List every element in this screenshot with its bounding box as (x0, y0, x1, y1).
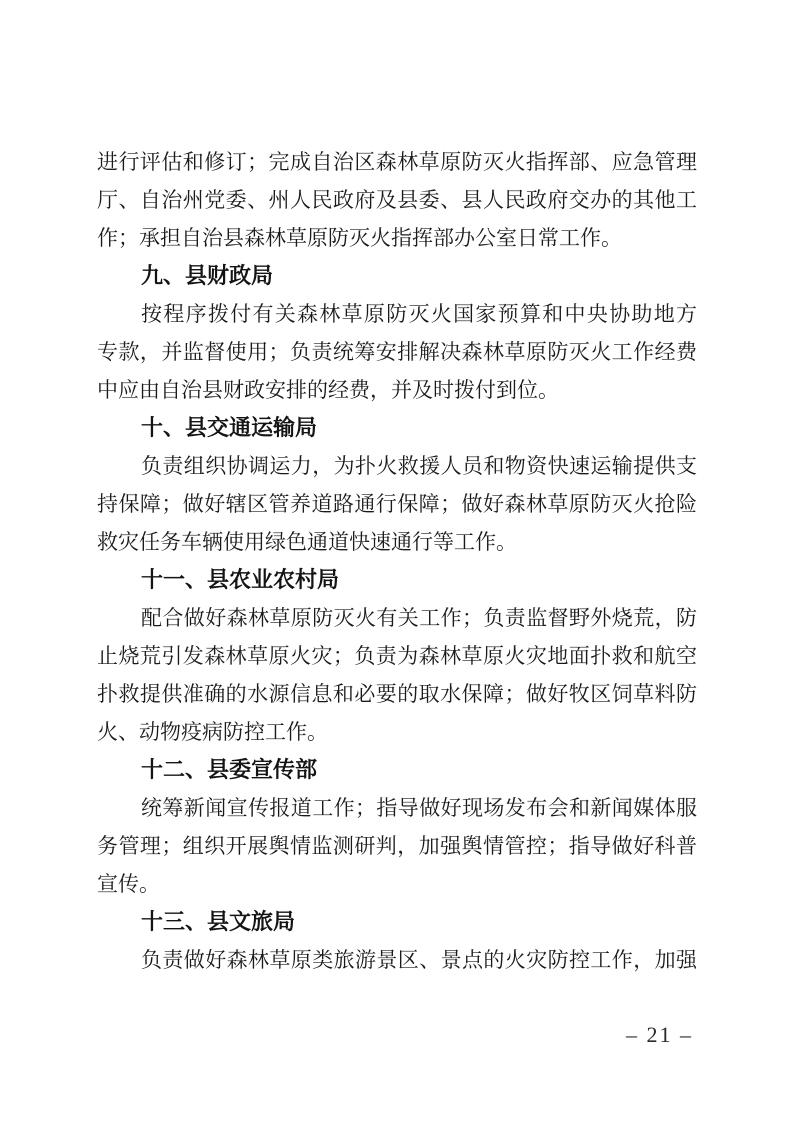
text-line: 扑救提供准确的水源信息和必要的取水保障；做好牧区饲草料防 (97, 675, 697, 713)
text-line: 止烧荒引发森林草原火灾；负责为森林草原火灾地面扑救和航空 (97, 637, 697, 675)
text-line: 按程序拨付有关森林草原防灭火国家预算和中央协助地方 (97, 295, 697, 333)
section-heading: 十二、县委宣传部 (97, 751, 697, 789)
document-page: 进行评估和修订；完成自治区森林草原防灭火指挥部、应急管理厅、自治州党委、州人民政… (0, 0, 793, 1122)
text-line: 负责组织协调运力，为扑火救援人员和物资快速运输提供支 (97, 447, 697, 485)
text-line: 配合做好森林草原防灭火有关工作；负责监督野外烧荒，防 (97, 599, 697, 637)
text-line: 统筹新闻宣传报道工作；指导做好现场发布会和新闻媒体服 (97, 789, 697, 827)
text-line: 宣传。 (97, 865, 697, 903)
section-heading: 十三、县文旅局 (97, 903, 697, 941)
document-body: 进行评估和修订；完成自治区森林草原防灭火指挥部、应急管理厅、自治州党委、州人民政… (97, 143, 697, 979)
text-line: 厅、自治州党委、州人民政府及县委、县人民政府交办的其他工 (97, 181, 697, 219)
section-heading: 十、县交通运输局 (97, 409, 697, 447)
text-line: 持保障；做好辖区管养道路通行保障；做好森林草原防灭火抢险 (97, 485, 697, 523)
text-line: 进行评估和修订；完成自治区森林草原防灭火指挥部、应急管理 (97, 143, 697, 181)
page-number: – 21 – (626, 1022, 693, 1048)
section-heading: 九、县财政局 (97, 257, 697, 295)
text-line: 负责做好森林草原类旅游景区、景点的火灾防控工作，加强 (97, 941, 697, 979)
text-line: 中应由自治县财政安排的经费，并及时拨付到位。 (97, 371, 697, 409)
section-heading: 十一、县农业农村局 (97, 561, 697, 599)
text-line: 务管理；组织开展舆情监测研判，加强舆情管控；指导做好科普 (97, 827, 697, 865)
text-line: 专款，并监督使用；负责统筹安排解决森林草原防灭火工作经费 (97, 333, 697, 371)
text-line: 火、动物疫病防控工作。 (97, 713, 697, 751)
text-line: 作；承担自治县森林草原防灭火指挥部办公室日常工作。 (97, 219, 697, 257)
text-line: 救灾任务车辆使用绿色通道快速通行等工作。 (97, 523, 697, 561)
